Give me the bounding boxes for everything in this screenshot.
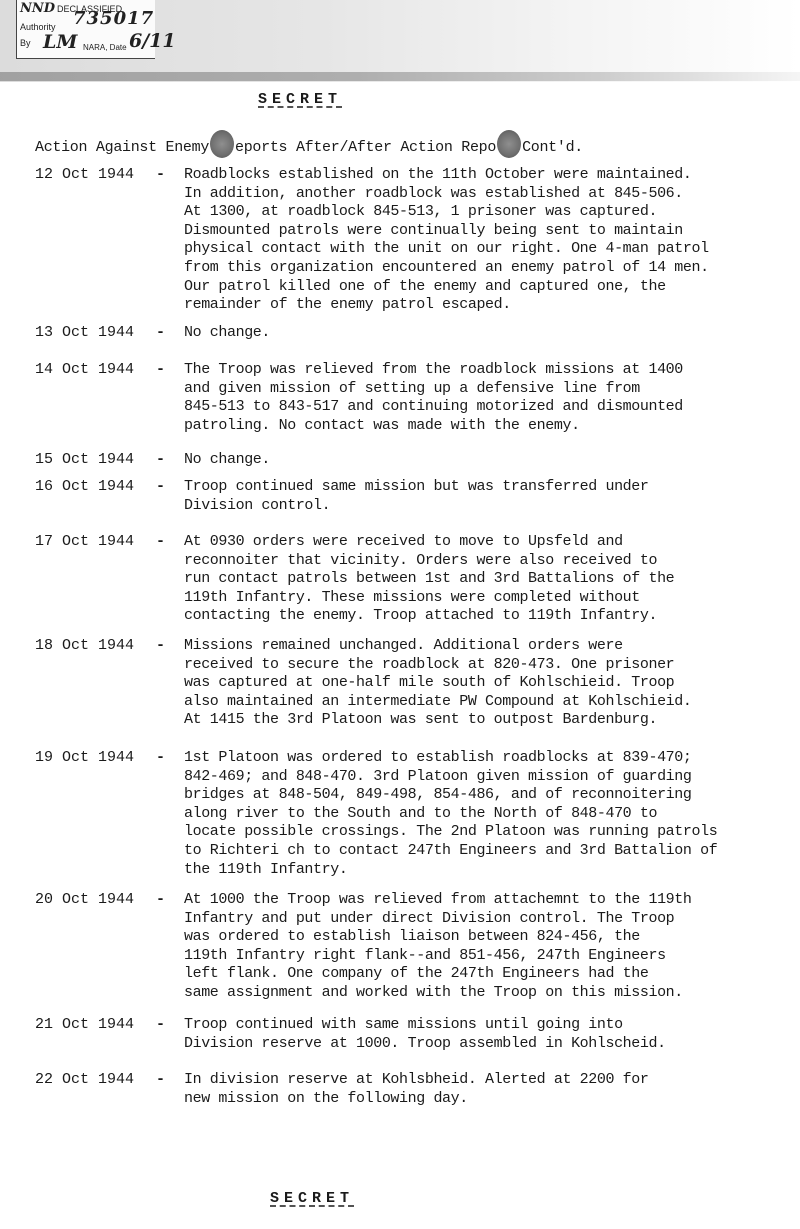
- entry-line: At 1300, at roadblock 845-513, 1 prisone…: [184, 203, 784, 222]
- entry-line: to Richteri ch to contact 247th Engineer…: [184, 842, 784, 861]
- entry-line: 119th Infantry right flank--and 851-456,…: [184, 947, 784, 966]
- entry-line: 1st Platoon was ordered to establish roa…: [184, 749, 784, 768]
- entry-text: The Troop was relieved from the roadbloc…: [184, 361, 784, 435]
- entry-dash: -: [156, 1071, 165, 1088]
- entry-dash: -: [156, 451, 165, 468]
- entry-line: received to secure the roadblock at 820-…: [184, 656, 784, 675]
- stamp-date-value: 6/11: [129, 30, 176, 52]
- heading-part-1: Action Against Enemy: [35, 139, 209, 156]
- entry-line: At 1000 the Troop was relieved from atta…: [184, 891, 784, 910]
- declassification-stamp: NNDDECLASSIFIED 735017 Authority By LM N…: [16, 0, 155, 59]
- entry-line: bridges at 848-504, 849-498, 854-486, an…: [184, 786, 784, 805]
- entry-dash: -: [156, 891, 165, 908]
- entry-text: Troop continued with same missions until…: [184, 1016, 784, 1053]
- entry-dash: -: [156, 324, 165, 341]
- entry-line: and given mission of setting up a defens…: [184, 380, 784, 399]
- entry-line: Missions remained unchanged. Additional …: [184, 637, 784, 656]
- entry-date: 20 Oct 1944: [35, 891, 134, 908]
- classification-marking-top: SECRET: [258, 91, 342, 108]
- entry-date: 19 Oct 1944: [35, 749, 134, 766]
- entry-line: No change.: [184, 451, 784, 470]
- entry-date: 15 Oct 1944: [35, 451, 134, 468]
- entry-line: run contact patrols between 1st and 3rd …: [184, 570, 784, 589]
- punch-hole-icon: [210, 130, 234, 158]
- heading-part-2: eports After/After Action Repo: [235, 139, 496, 156]
- entry-line: patroling. No contact was made with the …: [184, 417, 784, 436]
- entry-line: Infantry and put under direct Division c…: [184, 910, 784, 929]
- entry-date: 22 Oct 1944: [35, 1071, 134, 1088]
- entry-text: 1st Platoon was ordered to establish roa…: [184, 749, 784, 879]
- entry-line: No change.: [184, 324, 784, 343]
- entry-line: Division control.: [184, 497, 784, 516]
- entry-date: 13 Oct 1944: [35, 324, 134, 341]
- stamp-by-value: LM: [43, 31, 77, 53]
- entry-text: No change.: [184, 451, 784, 470]
- entry-line: left flank. One company of the 247th Eng…: [184, 965, 784, 984]
- entry-dash: -: [156, 637, 165, 654]
- entry-line: locate possible crossings. The 2nd Plato…: [184, 823, 784, 842]
- entry-line: along river to the South and to the Nort…: [184, 805, 784, 824]
- entry-text: Troop continued same mission but was tra…: [184, 478, 784, 515]
- entry-line: reconnoiter that vicinity. Orders were a…: [184, 552, 784, 571]
- entry-text: Missions remained unchanged. Additional …: [184, 637, 784, 730]
- entry-line: In division reserve at Kohlsbheid. Alert…: [184, 1071, 784, 1090]
- entry-dash: -: [156, 1016, 165, 1033]
- entry-line: new mission on the following day.: [184, 1090, 784, 1109]
- heading-part-3: Cont'd.: [522, 139, 583, 156]
- punch-hole-icon: [497, 130, 521, 158]
- entry-date: 12 Oct 1944: [35, 166, 134, 183]
- entry-dash: -: [156, 361, 165, 378]
- entry-text: No change.: [184, 324, 784, 343]
- entry-line: also maintained an intermediate PW Compo…: [184, 693, 784, 712]
- entry-date: 21 Oct 1944: [35, 1016, 134, 1033]
- entry-line: Dismounted patrols were continually bein…: [184, 222, 784, 241]
- entry-line: The Troop was relieved from the roadbloc…: [184, 361, 784, 380]
- entry-line: 845-513 to 843-517 and continuing motori…: [184, 398, 784, 417]
- stamp-authority-value: 735017: [73, 8, 154, 29]
- entry-date: 17 Oct 1944: [35, 533, 134, 550]
- document-heading: Action Against Enemyeports After/After A…: [35, 133, 583, 161]
- stamp-by-label: By: [20, 38, 31, 48]
- entry-text: At 1000 the Troop was relieved from atta…: [184, 891, 784, 1003]
- entry-line: contacting the enemy. Troop attached to …: [184, 607, 784, 626]
- entry-line: 119th Infantry. These missions were comp…: [184, 589, 784, 608]
- entry-line: At 0930 orders were received to move to …: [184, 533, 784, 552]
- entry-line: In addition, another roadblock was estab…: [184, 185, 784, 204]
- entry-line: was captured at one-half mile south of K…: [184, 674, 784, 693]
- entry-line: was ordered to establish liaison between…: [184, 928, 784, 947]
- entry-line: Roadblocks established on the 11th Octob…: [184, 166, 784, 185]
- entry-line: Our patrol killed one of the enemy and c…: [184, 278, 784, 297]
- entry-date: 18 Oct 1944: [35, 637, 134, 654]
- scan-edge-band: [0, 72, 800, 81]
- entry-line: same assignment and worked with the Troo…: [184, 984, 784, 1003]
- stamp-prefix: NND: [20, 1, 55, 16]
- entry-line: from this organization encountered an en…: [184, 259, 784, 278]
- entry-line: 842-469; and 848-470. 3rd Platoon given …: [184, 768, 784, 787]
- entry-text: In division reserve at Kohlsbheid. Alert…: [184, 1071, 784, 1108]
- entry-date: 14 Oct 1944: [35, 361, 134, 378]
- entry-line: the 119th Infantry.: [184, 861, 784, 880]
- entry-line: remainder of the enemy patrol escaped.: [184, 296, 784, 315]
- entry-text: At 0930 orders were received to move to …: [184, 533, 784, 626]
- stamp-nara-label: NARA, Date: [83, 43, 127, 52]
- entry-line: physical contact with the unit on our ri…: [184, 240, 784, 259]
- entry-dash: -: [156, 533, 165, 550]
- entry-dash: -: [156, 478, 165, 495]
- classification-marking-bottom: SECRET: [270, 1190, 354, 1207]
- entry-text: Roadblocks established on the 11th Octob…: [184, 166, 784, 315]
- entry-line: Troop continued same mission but was tra…: [184, 478, 784, 497]
- entry-line: At 1415 the 3rd Platoon was sent to outp…: [184, 711, 784, 730]
- entry-line: Troop continued with same missions until…: [184, 1016, 784, 1035]
- entry-date: 16 Oct 1944: [35, 478, 134, 495]
- entry-dash: -: [156, 749, 165, 766]
- entry-dash: -: [156, 166, 165, 183]
- entry-line: Division reserve at 1000. Troop assemble…: [184, 1035, 784, 1054]
